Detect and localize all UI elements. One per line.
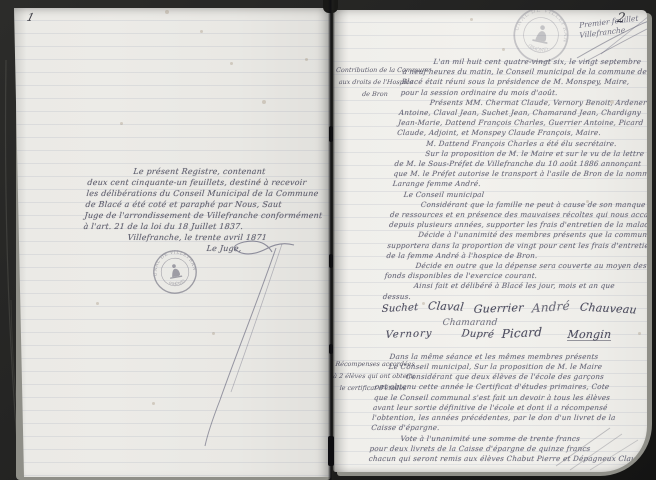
binding-stitch: [329, 126, 333, 142]
signature-name: Picard: [501, 327, 542, 339]
body-line: Jean-Marie, Dattend François Charles, Gu…: [398, 118, 647, 128]
foxing-spot: [470, 18, 473, 21]
body-line: Le Conseil municipal, Sur la proposition…: [376, 362, 631, 372]
scanned-register-spread: 1 Le présent Registre, contenant deux ce…: [0, 0, 656, 480]
body-line: ont obtenu cette année le Certificat d'é…: [374, 382, 629, 392]
header-inscription: Premier feuillet Villefranche: [579, 11, 647, 41]
tribunal-stamp-icon: TRIBUNAL DE VILLEFRANCHE (RHÔNE): [148, 245, 201, 298]
body-line: avant leur sortie définitive de l'école …: [373, 403, 628, 413]
manuscript-line: les délibérations du Conseil Municipal d…: [86, 188, 317, 199]
manuscript-line: deux cent cinquante-un feuillets, destin…: [87, 177, 318, 188]
body-line: pour deux livrets de la Caisse d'épargne…: [369, 444, 624, 454]
body-line: fonds disponibles de l'exercice courant.: [384, 271, 639, 281]
signature-name: Dupré: [461, 329, 495, 340]
body-line: L'an mil huit cent quatre-vingt six, le …: [403, 57, 647, 67]
binding-gutter: [328, 0, 335, 480]
foxing-spot: [610, 100, 614, 104]
foxing-spot: [165, 10, 169, 14]
body-line: Antoine, Claval Jean, Suchet Jean, Chama…: [398, 108, 647, 118]
manuscript-line: de Blacé a été coté et paraphé par Nous,…: [85, 199, 316, 210]
justice-figure-icon: [172, 264, 176, 268]
signatures-block: Suchet Claval Guerrier André Chauveau Ch…: [378, 302, 636, 352]
body-line: Décide à l'unanimité des membres présent…: [388, 230, 643, 240]
body-line: chacun qui seront remis aux élèves Chabu…: [368, 454, 623, 464]
signature-name: Chauveau: [579, 302, 637, 315]
body-line: l'obtention, les années précédentes, par…: [372, 413, 627, 423]
manuscript-line: à l'art. 21 de la loi du 18 Juillet 1837…: [83, 221, 314, 232]
svg-text:(RHÔNE): (RHÔNE): [168, 278, 187, 288]
foxing-spot: [152, 402, 155, 405]
body-line: Claude, Adjoint, et Monspey Claude Franç…: [397, 128, 647, 138]
body-line: que le Conseil communal s'est fait un de…: [374, 393, 629, 403]
body-line: Décide en outre que la dépense sera couv…: [385, 261, 640, 271]
body-line: que M. le Préfet autorise le transport à…: [393, 169, 647, 179]
foxing-spot: [305, 58, 308, 61]
foxing-spot: [96, 302, 99, 305]
body-line: à neuf heures du matin, le Conseil munic…: [402, 67, 647, 77]
signature-name: André: [532, 301, 570, 314]
body-line: Blacé était réuni sous la présidence de …: [401, 77, 647, 87]
signature-name: Claval: [427, 301, 464, 312]
foxing-spot: [212, 332, 215, 335]
foxing-spot: [638, 332, 641, 335]
binding-stitch: [329, 254, 333, 268]
body-line: Sur la proposition de M. le Maire et sur…: [395, 149, 647, 159]
manuscript-line: Juge de l'arrondissement de Villefranche…: [84, 210, 315, 221]
attestation-paragraph: Le présent Registre, contenant deux cent…: [81, 166, 319, 254]
foxing-spot: [120, 122, 123, 125]
justice-figure-icon: [171, 268, 181, 277]
body-line: Vote à l'unanimité une somme de trente f…: [370, 434, 625, 444]
body-line: Caisse d'épargne.: [371, 423, 626, 433]
body-line: Dans la même séance et les mêmes membres…: [377, 352, 632, 362]
page-number-left: 1: [25, 11, 35, 24]
manuscript-line: Villefranche, le trente avril 1871: [82, 232, 313, 243]
body-line: Considérant que la famille ne peut à cau…: [390, 200, 645, 210]
manuscript-line: Le Juge,: [81, 243, 312, 254]
body-line: depuis plusieurs années, supporter les f…: [389, 220, 644, 230]
body-line: Larange femme André.: [392, 179, 647, 189]
binding-stitch: [328, 436, 334, 466]
body-line: de M. le Sous-Préfet de Villefranche du …: [394, 159, 647, 169]
signature-name: Mongin: [567, 330, 612, 341]
body-line: Ainsi fait et délibéré à Blacé les jour,…: [383, 281, 638, 291]
foxing-spot: [230, 62, 233, 65]
binding-stitch: [329, 344, 333, 354]
body-line: supportera dans la proportion de vingt p…: [387, 241, 642, 251]
body-line: dessus.: [382, 292, 637, 302]
body-line: de la femme André à l'hospice de Bron.: [386, 251, 641, 261]
deliberation-text: L'an mil huit cent quatre-vingt six, le …: [368, 57, 647, 464]
right-page: 2 TRIBUNAL DE VILLEFRANCHE (RHÔNE) Premi…: [333, 10, 647, 472]
foxing-spot: [462, 122, 465, 125]
foxing-spot: [200, 30, 203, 33]
foxing-spot: [422, 302, 425, 305]
body-line: M. Dattend François Charles a été élu se…: [396, 139, 647, 149]
justice-figure-icon: [540, 25, 546, 31]
foxing-spot: [586, 200, 589, 203]
foxing-spot: [502, 48, 505, 51]
signature-name: Guerrier: [473, 303, 523, 315]
body-line: pour la session ordinaire du mois d'août…: [400, 88, 647, 98]
foxing-spot: [258, 180, 261, 183]
foxing-spot: [262, 100, 266, 104]
manuscript-line: Le présent Registre, contenant: [88, 166, 319, 177]
stamp-bottom-text: (RHÔNE): [168, 278, 187, 288]
body-line: Considérant que deux élèves de l'école d…: [375, 372, 630, 382]
body-line: Le Conseil municipal: [391, 190, 646, 200]
signature-name: Vernory: [385, 329, 433, 341]
body-line: de ressources et en présence des mauvais…: [390, 210, 645, 220]
signature-name: Suchet: [382, 303, 419, 315]
signature-name: Chamarand: [442, 318, 498, 328]
left-page: 1 Le présent Registre, contenant deux ce…: [14, 8, 330, 477]
